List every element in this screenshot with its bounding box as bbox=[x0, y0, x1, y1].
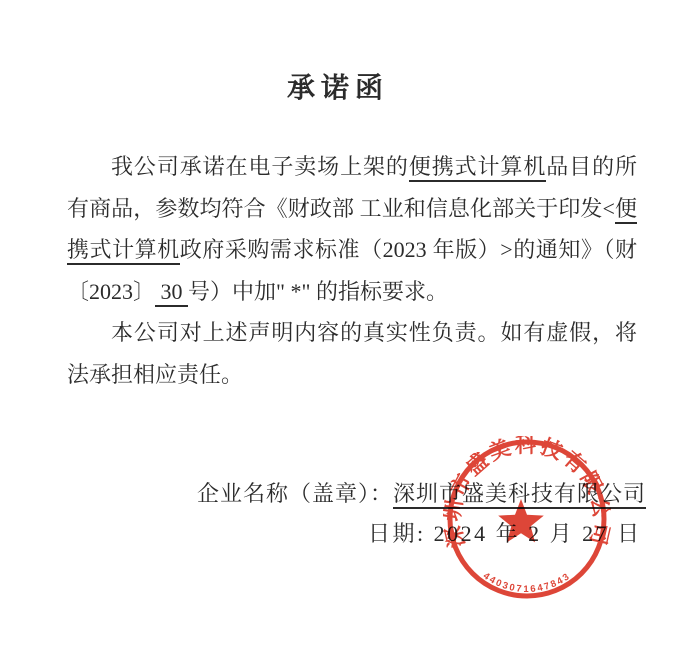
body-text: 品目的所 bbox=[546, 154, 637, 179]
body-text: 本公司对上述声明内容的真实性负责。如有虚假，将依 bbox=[67, 320, 637, 354]
document-title: 承诺函 bbox=[0, 66, 676, 106]
body-text: 有商品，参数均符合《财政部 工业和信息化部关于印发< bbox=[67, 196, 615, 221]
body-line-3: 携式计算机政府采购需求标准（2023 年版）>的通知》（财库 bbox=[67, 229, 637, 271]
body-line-1: 我公司承诺在电子卖场上架的便携式计算机品目的所 bbox=[67, 146, 637, 188]
body-line-2: 有商品，参数均符合《财政部 工业和信息化部关于印发<便 bbox=[67, 188, 637, 230]
body-text: 号）中加" *" 的指标要求。 bbox=[188, 279, 448, 304]
company-name-value: 深圳市盛美科技有限公司 bbox=[393, 481, 646, 509]
body-line-5: 本公司对上述声明内容的真实性负责。如有虚假，将依 bbox=[67, 312, 637, 354]
body-line-4: 〔2023〕 30 号）中加" *" 的指标要求。 bbox=[67, 271, 637, 313]
seal-registration-number: 4403071647843 bbox=[481, 571, 573, 595]
signature-date-line: 日期: 2024 年 2 月 27 日 bbox=[368, 517, 642, 548]
underlined-term: 便 bbox=[615, 196, 637, 224]
body-text: 我公司承诺在电子卖场上架的 bbox=[111, 154, 409, 179]
company-name-label: 企业名称（盖章）： bbox=[197, 481, 393, 506]
document-body: 我公司承诺在电子卖场上架的便携式计算机品目的所 有商品，参数均符合《财政部 工业… bbox=[67, 146, 637, 395]
underlined-term: 便携式计算机 bbox=[409, 154, 546, 182]
body-text: 〔2023〕 bbox=[67, 279, 155, 304]
document-page: 承诺函 我公司承诺在电子卖场上架的便携式计算机品目的所 有商品，参数均符合《财政… bbox=[0, 0, 676, 663]
date-label: 日期: bbox=[368, 521, 426, 546]
underlined-term: 携式计算机 bbox=[67, 237, 180, 265]
filled-blank-number: 30 bbox=[155, 279, 188, 307]
body-line-6: 法承担相应责任。 bbox=[67, 354, 637, 396]
body-text: 法承担相应责任。 bbox=[67, 362, 243, 387]
signature-company-line: 企业名称（盖章）：深圳市盛美科技有限公司 bbox=[197, 477, 646, 508]
date-value: 2024 年 2 月 27 日 bbox=[434, 521, 642, 546]
svg-text:4403071647843: 4403071647843 bbox=[481, 571, 573, 595]
